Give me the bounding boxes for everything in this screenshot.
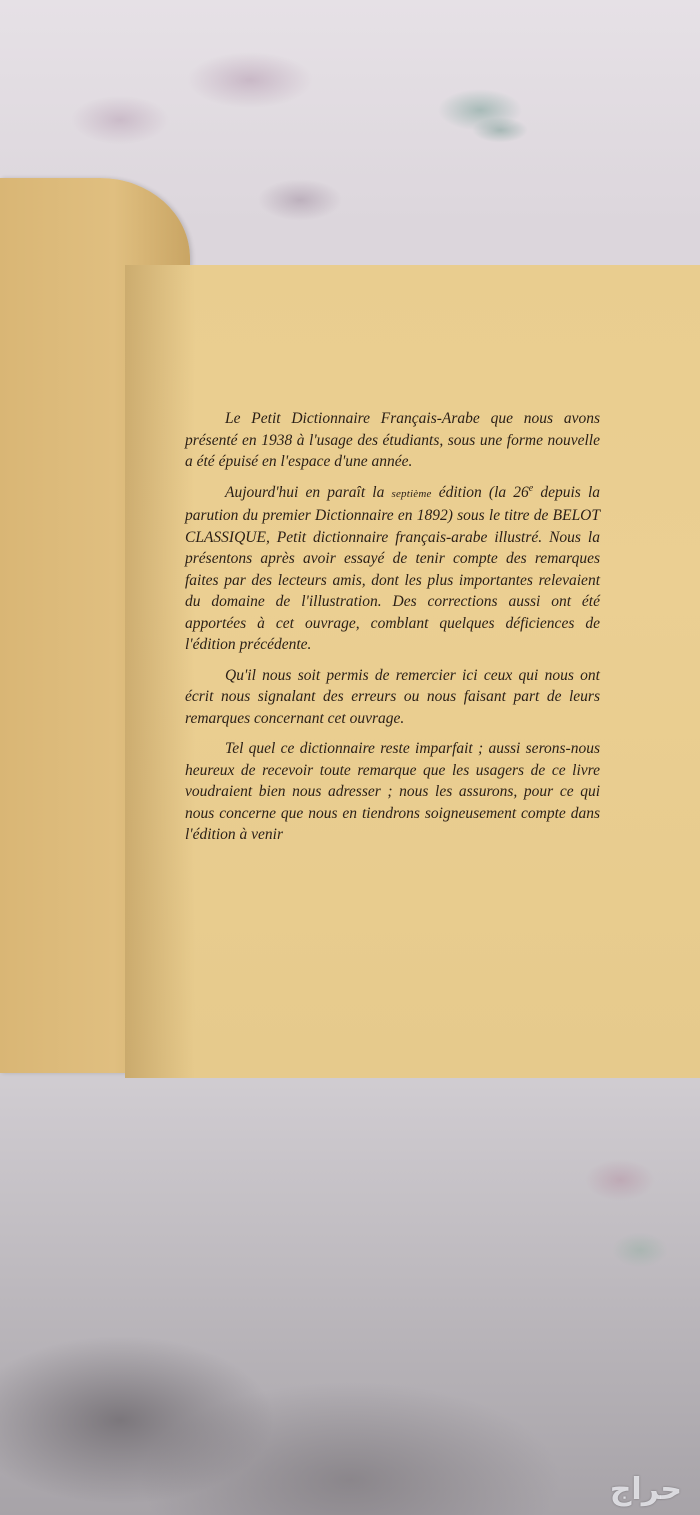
preface-paragraph-4: Tel quel ce dictionnaire reste imparfait…: [185, 738, 600, 846]
p2-septieme: septième: [391, 488, 431, 500]
p2-start: Aujourd'hui en paraît la: [225, 484, 384, 501]
preface-paragraph-3: Qu'il nous soit permis de remercier ici …: [185, 665, 600, 730]
p2-rest: depuis la parution du premier Dictionnai…: [185, 484, 600, 654]
haraj-watermark: حراج: [610, 1472, 682, 1507]
preface-paragraph-1: Le Petit Dictionnaire Français-Arabe que…: [185, 408, 600, 473]
p2-edition: édition (la 26: [439, 484, 529, 501]
preface-text: Le Petit Dictionnaire Français-Arabe que…: [185, 408, 600, 855]
p2-superscript: e: [529, 482, 533, 493]
preface-paragraph-2: Aujourd'hui en paraît la septième éditio…: [185, 482, 600, 656]
